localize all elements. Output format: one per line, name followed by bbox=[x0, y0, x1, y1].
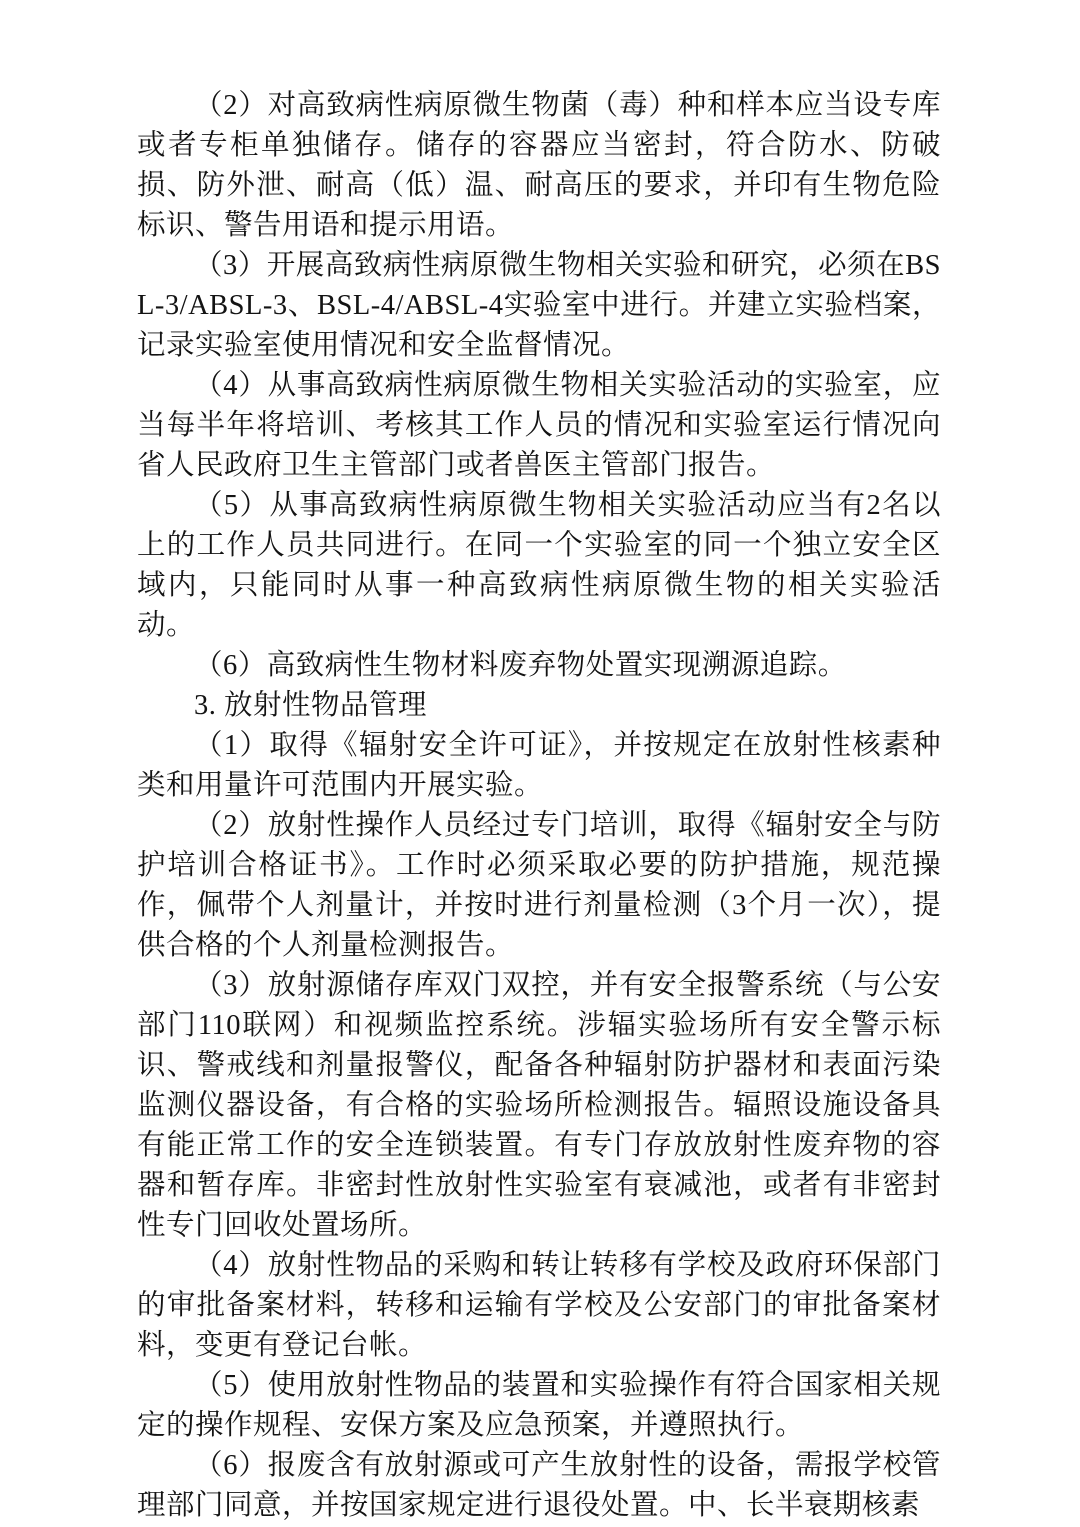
paragraph-bio-item-2: （2）对高致病性病原微生物菌（毒）种和样本应当设专库或者专柜单独储存。储存的容器… bbox=[137, 86, 941, 246]
section-heading-radioactive-items: 3. 放射性物品管理 bbox=[137, 686, 941, 726]
paragraph-bio-item-3: （3）开展高致病性病原微生物相关实验和研究，必须在BSL-3/ABSL-3、BS… bbox=[137, 246, 941, 366]
paragraph-radio-item-6: （6）报废含有放射源或可产生放射性的设备，需报学校管理部门同意，并按国家规定进行… bbox=[137, 1446, 941, 1526]
paragraph-bio-item-5: （5）从事高致病性病原微生物相关实验活动应当有2名以上的工作人员共同进行。在同一… bbox=[137, 486, 941, 646]
document-body: （2）对高致病性病原微生物菌（毒）种和样本应当设专库或者专柜单独储存。储存的容器… bbox=[137, 86, 941, 1526]
paragraph-bio-item-4: （4）从事高致病性病原微生物相关实验活动的实验室，应当每半年将培训、考核其工作人… bbox=[137, 366, 941, 486]
document-page: （2）对高致病性病原微生物菌（毒）种和样本应当设专库或者专柜单独储存。储存的容器… bbox=[0, 0, 1080, 1527]
paragraph-radio-item-1: （1）取得《辐射安全许可证》，并按规定在放射性核素种类和用量许可范围内开展实验。 bbox=[137, 726, 941, 806]
paragraph-radio-item-2: （2）放射性操作人员经过专门培训，取得《辐射安全与防护培训合格证书》。工作时必须… bbox=[137, 806, 941, 966]
paragraph-bio-item-6: （6）高致病性生物材料废弃物处置实现溯源追踪。 bbox=[137, 646, 941, 686]
paragraph-radio-item-5: （5）使用放射性物品的装置和实验操作有符合国家相关规定的操作规程、安保方案及应急… bbox=[137, 1366, 941, 1446]
paragraph-radio-item-4: （4）放射性物品的采购和转让转移有学校及政府环保部门的审批备案材料，转移和运输有… bbox=[137, 1246, 941, 1366]
paragraph-radio-item-3: （3）放射源储存库双门双控，并有安全报警系统（与公安部门110联网）和视频监控系… bbox=[137, 966, 941, 1246]
